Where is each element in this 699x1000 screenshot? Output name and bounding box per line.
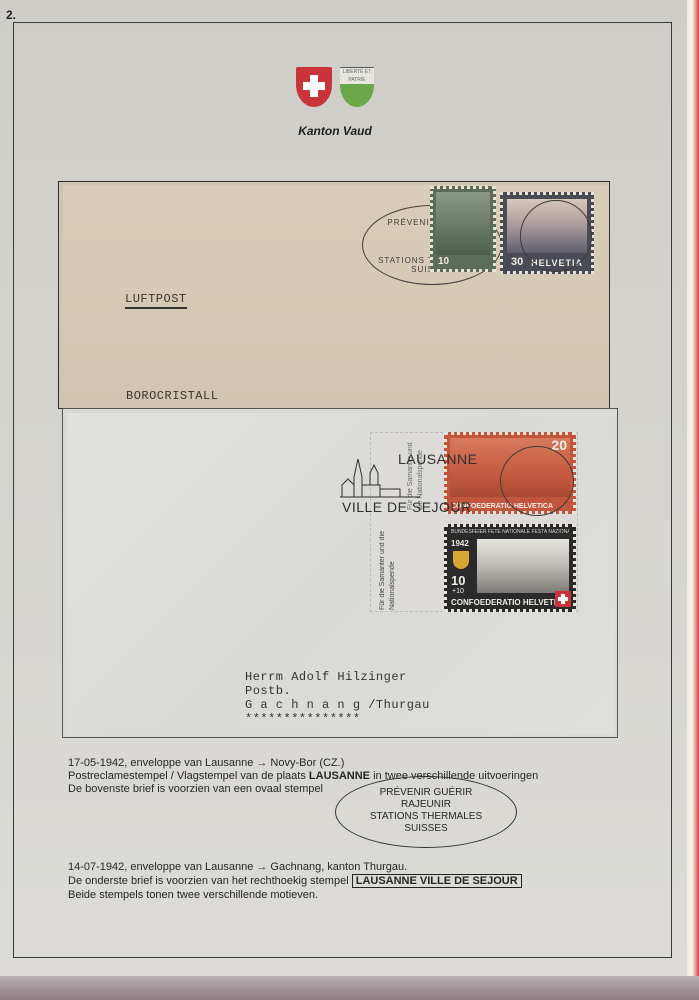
desc-line-4: 14-07-1942, enveloppe van Lausanne → Gac… [68, 860, 522, 874]
page-number: 2. [6, 8, 16, 22]
round-cancel-top [520, 200, 592, 272]
page-edge-bottom [0, 976, 699, 1000]
swiss-crest-icon [296, 67, 332, 107]
stamp-10-fete-nationale: BUNDESFEIER FÊTE NATIONALE FESTA NAZIONA… [444, 524, 576, 612]
sheet-margin-text: Für die Samariter und die Nationalspende [378, 520, 414, 610]
stamp-10-green: 10 [430, 186, 496, 272]
desc-line-5: De onderste brief is voorzien van het re… [68, 874, 522, 888]
round-cancel-bottom [500, 446, 574, 516]
swiss-flag-icon [555, 591, 571, 607]
flag-cancel: LAUSANNE VILLE DE SEJOUR [338, 447, 448, 517]
album-page: 2. LIBERTÉ ET PATRIE Kanton Vaud LUFTPOS… [0, 0, 690, 978]
desc-line-6: Beide stempels tonen twee verschillende … [68, 888, 522, 902]
luftpost-label: LUFTPOST [125, 292, 187, 309]
oval-stamp-illustration: PRÉVENIR GUÉRIR RAJEUNIR STATIONS THERMA… [335, 776, 517, 848]
desc-line-1: 17-05-1942, enveloppe van Lausanne → Nov… [68, 757, 538, 770]
sender-label: BOROCRISTALL [126, 389, 218, 403]
crest-row: LIBERTÉ ET PATRIE [296, 67, 374, 107]
recipient-address: Herrm Adolf Hilzinger Postb. G a c h n a… [245, 670, 430, 726]
page-title: Kanton Vaud [0, 124, 670, 138]
rectangular-stamp-illustration: LAUSANNE VILLE DE SEJOUR [352, 874, 522, 888]
page-edge-right [687, 0, 699, 1000]
geneva-shield-icon [453, 551, 469, 569]
vaud-crest-icon: LIBERTÉ ET PATRIE [340, 67, 374, 107]
description-block-2: 14-07-1942, enveloppe van Lausanne → Gac… [68, 860, 522, 902]
